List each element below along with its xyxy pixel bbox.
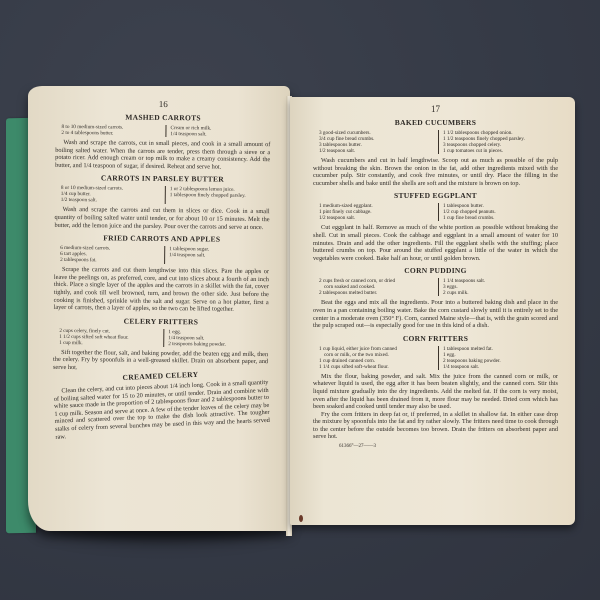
recipe-corn-pudding: CORN PUDDING 2 cups fresh or canned corn… (313, 267, 558, 329)
ingredient: 1/4 teaspoon salt. (443, 364, 558, 370)
right-page-content: 17 BAKED CUCUMBERS 3 good-sized cucumber… (313, 105, 558, 451)
recipe-instructions: Wash and scrape the carrots, cut in smal… (55, 139, 270, 172)
recipe-creamed-celery: CREAMED CELERY Clean the celery, and cut… (53, 367, 270, 440)
recipe-instructions: Beat the eggs and mix all the ingredient… (313, 299, 558, 329)
ingredient: 1 cup fine bread crumbs. (443, 215, 558, 221)
recipe-carrots-in-parsley-butter: CARROTS IN PARSLEY BUTTER 8 or 10 medium… (54, 174, 270, 231)
ingredient: 1/2 teaspoon salt. (61, 197, 161, 204)
staple-hole (299, 515, 303, 522)
recipe-baked-cucumbers: BAKED CUCUMBERS 3 good-sized cucumbers. … (313, 119, 558, 187)
ingredient: 2 tablespoons melted butter. (319, 290, 434, 296)
ingredient: 1 1/4 cups sifted soft-wheat flour. (319, 364, 434, 370)
ingredient: 1/4 teaspoon salt. (170, 131, 270, 138)
recipe-instructions: Mix the flour, baking powder, and salt. … (313, 373, 558, 411)
recipe-mashed-carrots: MASHED CARROTS 8 to 10 medium-sized carr… (55, 113, 271, 172)
recipe-title: CORN FRITTERS (313, 335, 558, 343)
ingredient: 1/2 teaspoon salt. (319, 148, 434, 154)
recipe-instructions: Cut eggplant in half. Remove as much of … (313, 224, 558, 262)
ingredient: 1/4 teaspoon salt. (169, 252, 269, 259)
recipe-instructions: Wash and scrape the carrots and cut them… (54, 206, 269, 231)
recipe-stuffed-eggplant: STUFFED EGGPLANT 1 medium-sized eggplant… (313, 192, 558, 262)
right-page: 17 BAKED CUCUMBERS 3 good-sized cucumber… (290, 97, 575, 525)
print-code: 61366°—27——3 (339, 443, 558, 451)
recipe-title: STUFFED EGGPLANT (313, 192, 558, 200)
ingredient: 1 tablespoon finely chopped parsley. (170, 192, 270, 199)
recipe-instructions: Wash cucumbers and cut in half lengthwis… (313, 157, 558, 187)
recipe-title: CELERY FRITTERS (53, 317, 268, 327)
recipe-title: FRIED CARROTS AND APPLES (54, 234, 269, 244)
recipe-title: CARROTS IN PARSLEY BUTTER (55, 174, 270, 184)
ingredient-list: 1 cup liquid, either juice from canned c… (319, 346, 558, 370)
ingredient: 2 tablespoons fat. (60, 257, 160, 264)
recipe-instructions: Scrape the carrots and cut them lengthwi… (54, 266, 269, 314)
ingredient-list: 2 cups celery, finely cut. 1 1/2 cups si… (59, 328, 268, 348)
ingredient-list: 2 cups fresh or canned corn, or dried co… (319, 278, 558, 296)
ingredient: 1 cup tomatoes cut in pieces. (443, 148, 558, 154)
left-page: 16 MASHED CARROTS 8 to 10 medium-sized c… (28, 86, 290, 531)
recipe-title: BAKED CUCUMBERS (313, 119, 558, 127)
ingredient: 1/2 teaspoon salt. (319, 215, 434, 221)
recipe-instructions: Fry the corn fritters in deep fat or, if… (313, 411, 558, 441)
ingredient: 2 to 4 tablespoons butter. (61, 130, 161, 137)
page-number: 16 (56, 99, 271, 109)
page-number: 17 (313, 105, 558, 113)
recipe-title: CORN PUDDING (313, 267, 558, 275)
recipe-corn-fritters: CORN FRITTERS 1 cup liquid, either juice… (313, 335, 558, 441)
recipe-celery-fritters: CELERY FRITTERS 2 cups celery, finely cu… (53, 317, 269, 374)
recipe-title: MASHED CARROTS (56, 113, 271, 123)
left-page-content: 16 MASHED CARROTS 8 to 10 medium-sized c… (52, 99, 271, 443)
ingredient-list: 3 good-sized cucumbers. 3/4 cup fine bre… (319, 130, 558, 154)
ingredient-list: 8 to 10 medium-sized carrots. 2 to 4 tab… (61, 124, 270, 138)
recipe-fried-carrots-and-apples: FRIED CARROTS AND APPLES 6 medium-sized … (54, 234, 270, 314)
ingredient-list: 8 or 10 medium-sized carrots. 1/4 cup bu… (61, 185, 270, 205)
ingredient: 2 teaspoons baking powder. (168, 341, 268, 348)
ingredient: 2 cups milk. (443, 290, 558, 296)
ingredient: 1 cup milk. (59, 340, 159, 347)
recipe-instructions: Clean the celery, and cut into pieces ab… (53, 378, 270, 440)
ingredient-list: 1 medium-sized eggplant. 1 pint finely c… (319, 203, 558, 221)
ingredient-list: 6 medium-sized carrots. 6 tart apples. 2… (60, 245, 269, 265)
